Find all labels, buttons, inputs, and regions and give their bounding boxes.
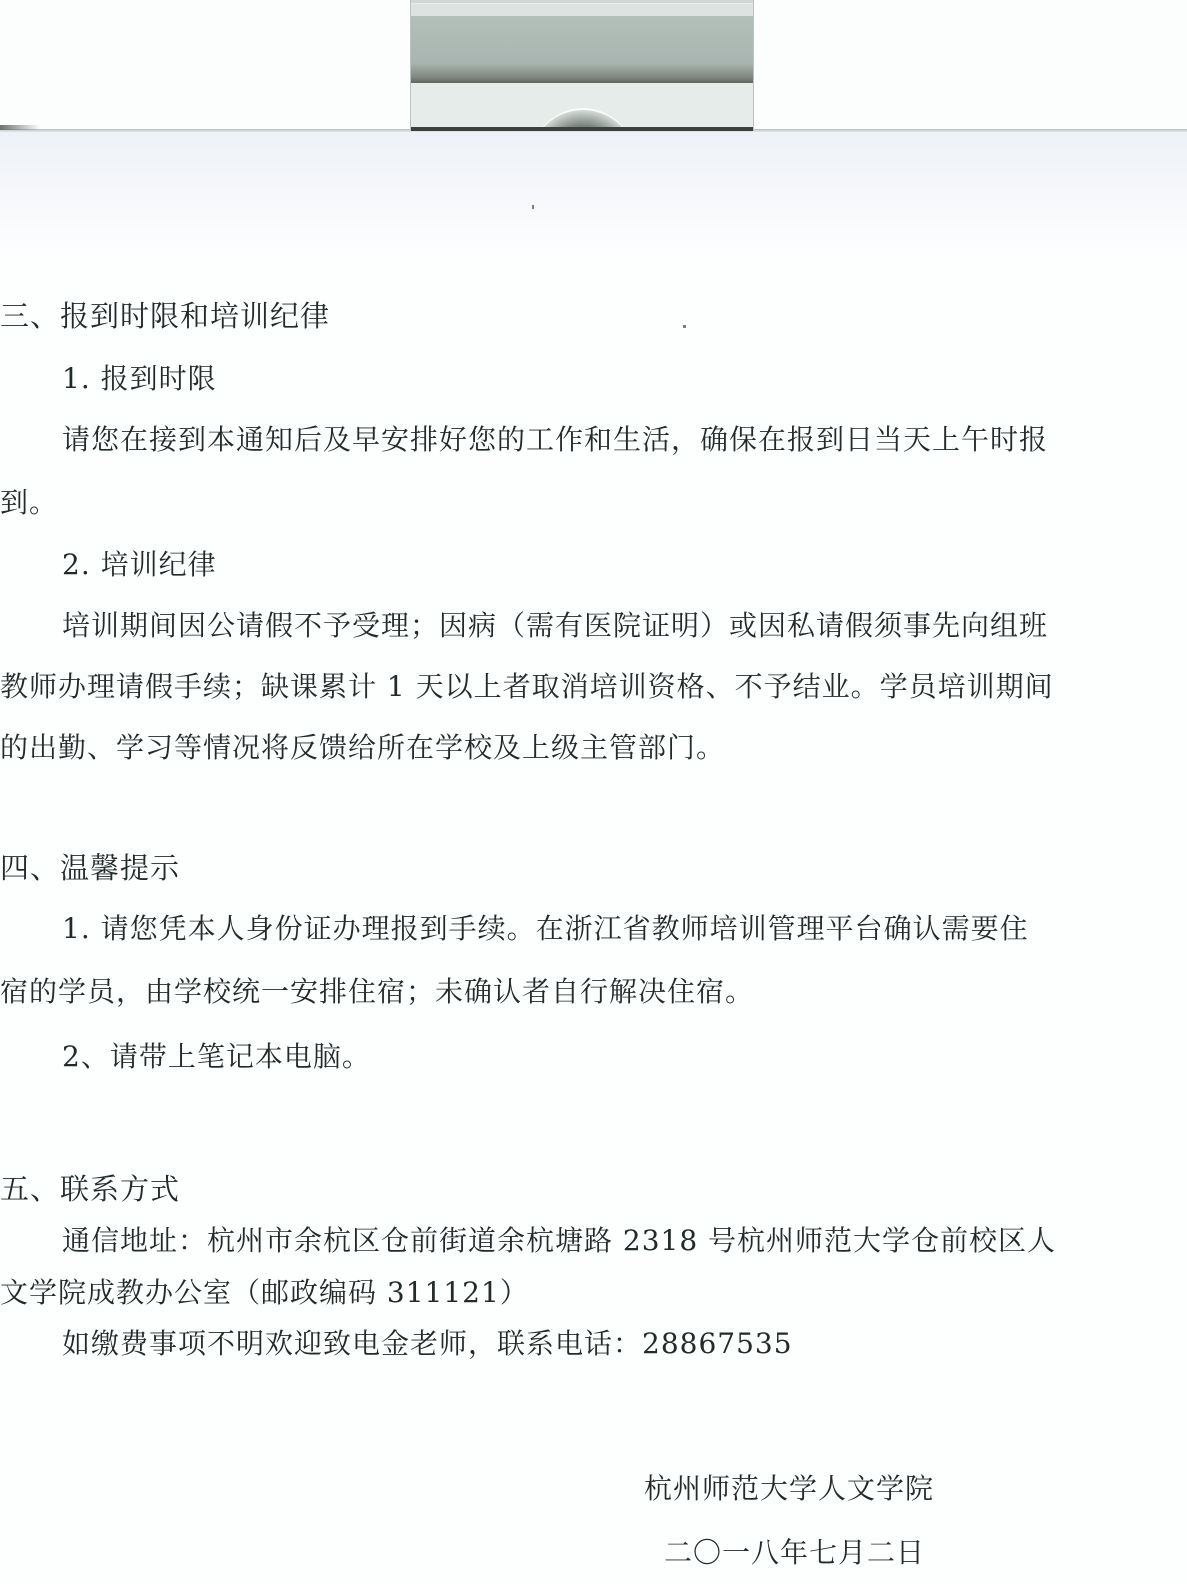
section-3-item-2-title: 2. 培训纪律	[62, 548, 217, 582]
scan-speck	[683, 325, 686, 328]
contact-address: 通信地址：杭州市余杭区仓前街道余杭塘路 2318 号杭州师范大学仓前校区人	[62, 1224, 1056, 1258]
clip-bottom-edge	[411, 127, 753, 131]
signature-organization: 杭州师范大学人文学院	[644, 1472, 934, 1506]
scanner-clip-artifact	[410, 0, 754, 131]
section-3-item-2-text-cont: 的出勤、学习等情况将反馈给所在学校及上级主管部门。	[0, 731, 725, 765]
clip-band	[411, 4, 753, 16]
section-4-tip-1: 1. 请您凭本人身份证办理报到手续。在浙江省教师培训管理平台确认需要住	[62, 912, 1029, 946]
contact-phone: 如缴费事项不明欢迎致电金老师，联系电话：28867535	[62, 1327, 793, 1361]
section-5-heading: 五、联系方式	[0, 1172, 180, 1206]
clip-rail	[411, 0, 753, 3]
scan-edge-shadow	[0, 125, 40, 130]
scan-speck	[532, 205, 534, 209]
section-3-item-1-text-cont: 到。	[0, 486, 58, 520]
section-3-heading: 三、报到时限和培训纪律	[0, 299, 330, 333]
section-4-tip-1-cont: 宿的学员，由学校统一安排住宿；未确认者自行解决住宿。	[0, 975, 754, 1009]
contact-address-cont: 文学院成教办公室（邮政编码 311121）	[0, 1276, 529, 1310]
section-3-item-2-text: 培训期间因公请假不予受理；因病（需有医院证明）或因私请假须事先向组班	[62, 609, 1048, 643]
section-3-item-1-text: 请您在接到本通知后及早安排好您的工作和生活，确保在报到日当天上午时报	[62, 423, 1048, 457]
signature-date: 二〇一八年七月二日	[664, 1536, 925, 1570]
section-4-tip-2: 2、请带上笔记本电脑。	[62, 1040, 371, 1074]
section-3-item-1-title: 1. 报到时限	[62, 362, 217, 396]
scan-shadow-band	[0, 132, 1187, 252]
section-4-heading: 四、温馨提示	[0, 851, 180, 885]
section-3-item-2-text-cont: 教师办理请假手续；缺课累计 1 天以上者取消培训资格、不予结业。学员培训期间	[0, 670, 1054, 704]
clip-band	[411, 16, 753, 83]
